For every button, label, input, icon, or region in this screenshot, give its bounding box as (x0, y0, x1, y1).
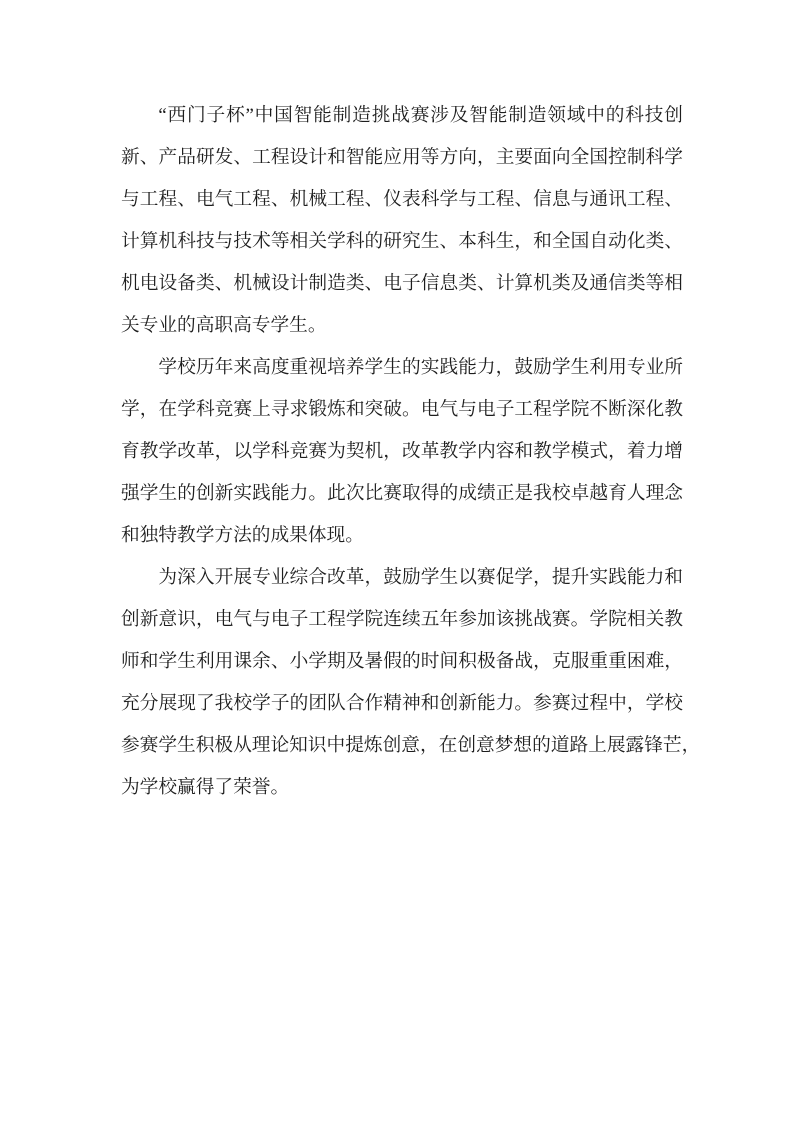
text-line: 为学校赢得了荣誉。 (121, 767, 683, 809)
text-line: 师和学生利用课余、小学期及暑假的时间积极备战，克服重重困难， (121, 641, 683, 683)
text-line: 学校历年来高度重视培养学生的实践能力，鼓励学生利用专业所 (121, 347, 683, 389)
text-line: 创新意识，电气与电子工程学院连续五年参加该挑战赛。学院相关教 (121, 599, 683, 641)
text-line: 关专业的高职高专学生。 (121, 305, 683, 347)
text-line: 机电设备类、机械设计制造类、电子信息类、计算机类及通信类等相 (121, 263, 683, 305)
text-line: 学，在学科竞赛上寻求锻炼和突破。电气与电子工程学院不断深化教 (121, 389, 683, 431)
document-body: “西门子杯”中国智能制造挑战赛涉及智能制造领域中的科技创 新、产品研发、工程设计… (121, 95, 683, 809)
text-line: 参赛学生积极从理论知识中提炼创意，在创意梦想的道路上展露锋芒， (121, 725, 683, 767)
text-line: 强学生的创新实践能力。此次比赛取得的成绩正是我校卓越育人理念 (121, 473, 683, 515)
text-line: 充分展现了我校学子的团队合作精神和创新能力。参赛过程中，学校 (121, 683, 683, 725)
text-line: 与工程、电气工程、机械工程、仪表科学与工程、信息与通讯工程、 (121, 179, 683, 221)
text-line: 育教学改革，以学科竞赛为契机，改革教学内容和教学模式，着力增 (121, 431, 683, 473)
paragraph-3: 为深入开展专业综合改革，鼓励学生以赛促学，提升实践能力和 创新意识，电气与电子工… (121, 557, 683, 809)
paragraph-2: 学校历年来高度重视培养学生的实践能力，鼓励学生利用专业所 学，在学科竞赛上寻求锻… (121, 347, 683, 557)
text-line: 新、产品研发、工程设计和智能应用等方向，主要面向全国控制科学 (121, 137, 683, 179)
paragraph-1: “西门子杯”中国智能制造挑战赛涉及智能制造领域中的科技创 新、产品研发、工程设计… (121, 95, 683, 347)
text-line: “西门子杯”中国智能制造挑战赛涉及智能制造领域中的科技创 (121, 95, 683, 137)
text-line: 和独特教学方法的成果体现。 (121, 515, 683, 557)
text-line: 为深入开展专业综合改革，鼓励学生以赛促学，提升实践能力和 (121, 557, 683, 599)
document-page: “西门子杯”中国智能制造挑战赛涉及智能制造领域中的科技创 新、产品研发、工程设计… (0, 0, 800, 1131)
text-line: 计算机科技与技术等相关学科的研究生、本科生，和全国自动化类、 (121, 221, 683, 263)
